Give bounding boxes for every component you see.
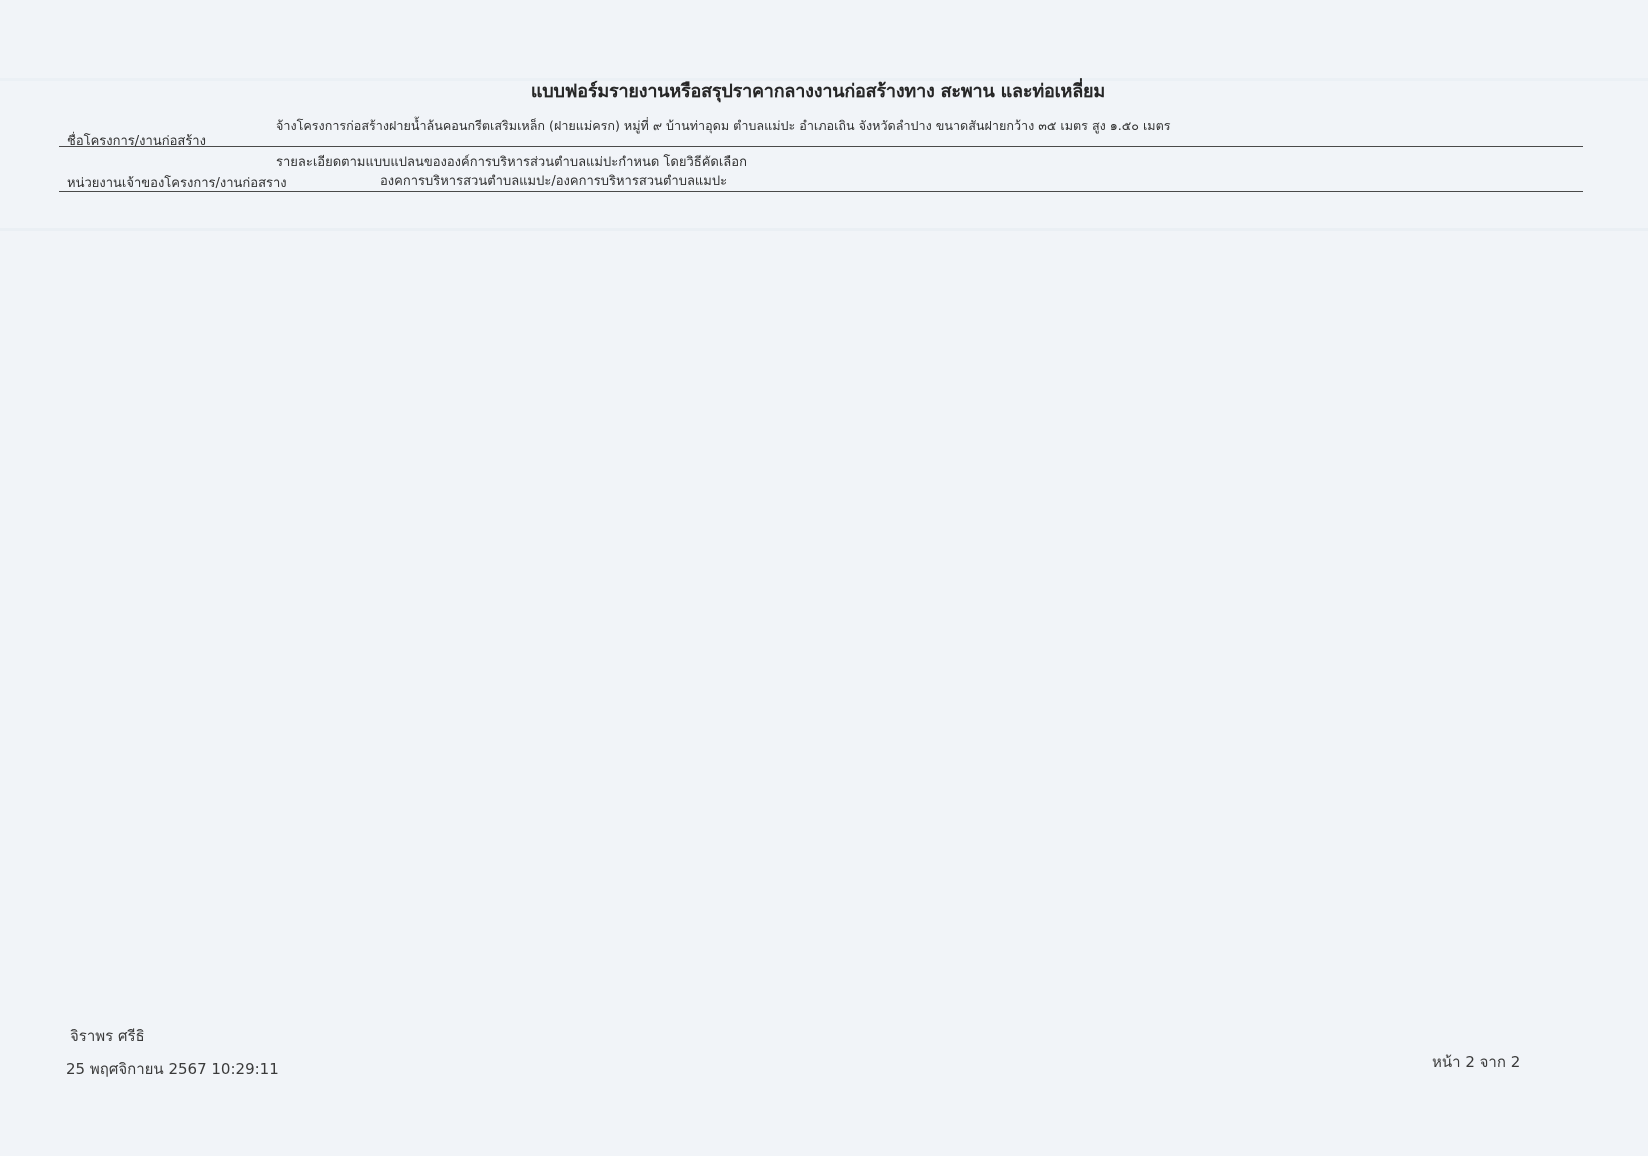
project-owner-value: องคการบริหารสวนตำบลแมปะ/องคการบริหารสวนต… (380, 170, 727, 191)
project-name-label: ชื่อโครงการ/งานก่อสร้าง (67, 130, 206, 151)
project-name-value: จ้างโครงการก่อสร้างฝายน้ำล้นคอนกรีตเสริม… (276, 116, 1171, 136)
page-indicator: หน้า 2 จาก 2 (1432, 1050, 1520, 1074)
print-timestamp: 25 พฤศจิกายน 2567 10:29:11 (66, 1057, 279, 1081)
project-owner-label: หน่วยงานเจ้าของโครงการ/งานก่อสราง (67, 172, 287, 193)
signer-name: จิราพร ศรีธิ (70, 1024, 145, 1048)
divider-line (59, 146, 1583, 147)
project-owner-note: รายละเอียดตามแบบแปลนขององค์การบริหารส่วน… (276, 151, 747, 172)
divider-line (59, 191, 1583, 192)
scan-artifact-band (0, 228, 1648, 231)
document-title: แบบฟอร์มรายงานหรือสรุปราคากลางงานก่อสร้า… (0, 76, 1636, 105)
